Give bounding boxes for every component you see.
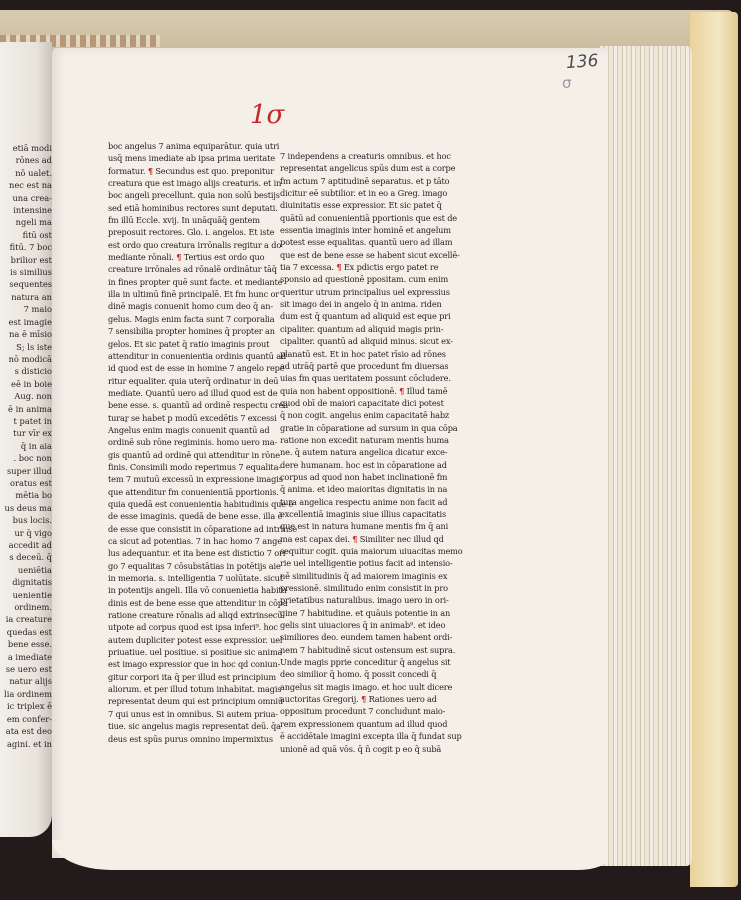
- text-line: rem expressionem quantum ad illud quod: [280, 718, 442, 730]
- left-text-fragment: ngeli ma: [0, 216, 52, 228]
- folio-pencil-mark: σ: [562, 74, 572, 92]
- text-column-right: 7 independens a creaturis omnibus. et ho…: [280, 150, 442, 755]
- pilcrow-rubric-icon: ¶: [336, 262, 341, 272]
- text-line: similiores deo. eundem tamen habent ordi…: [280, 631, 442, 643]
- left-text-fragment: s deceū. q̄: [0, 551, 52, 563]
- text-line: prietatibus naturalibus. imago uero in o…: [280, 594, 442, 606]
- text-line: gelis sint uiuaciores q̄ in animab⁹. et …: [280, 619, 442, 631]
- left-page-verso: etiā modirōnes adnō ualet.nec est nauna …: [0, 42, 52, 837]
- text-line: ad utrāq̄ partē que procedunt fm diuersa…: [280, 360, 442, 372]
- text-line: aliorum. et per illud totum inhabitat. m…: [108, 683, 268, 695]
- text-line: in fines propter quē sunt facte. et medi…: [108, 276, 268, 288]
- text-line: ca sicut ad potentias. 7 in hac homo 7 a…: [108, 535, 268, 547]
- left-text-fragment: Aug. non: [0, 390, 52, 402]
- text-line: representat deum qui est principium omni…: [108, 695, 268, 707]
- left-text-fragment: s disticio: [0, 365, 52, 377]
- text-line: gis quantū ad ordinē qui attenditur in r…: [108, 449, 268, 461]
- left-text-fragment: t patet in: [0, 415, 52, 427]
- text-line: ē accidētale imagini excepta illa q̄ fun…: [280, 730, 442, 742]
- left-text-fragment: super illud: [0, 465, 52, 477]
- text-line: nē similitudinis q̄ ad maiorem imaginis …: [280, 570, 442, 582]
- left-text-fragment: natur alijs: [0, 675, 52, 687]
- text-line: rie uel intelligentie potius facit ad in…: [280, 557, 442, 569]
- text-line: gitur corpori ita q̄ per illud est princ…: [108, 671, 268, 683]
- text-line: quia non habent oppositionē. ¶ Illud tam…: [280, 385, 442, 397]
- signature-mark: 1σ: [250, 100, 284, 130]
- text-line: tem 7 mutuū excessū in expressione imagi…: [108, 473, 268, 485]
- left-page-text-fragments: etiā modirōnes adnō ualet.nec est nauna …: [0, 142, 52, 750]
- text-line: sequitur cogit. quia maiorum uiuacitas m…: [280, 545, 442, 557]
- left-text-fragment: eē in boie: [0, 378, 52, 390]
- left-text-fragment: ueniētia: [0, 564, 52, 576]
- text-line: q̄ anima. et ideo maioritas dignitatis i…: [280, 483, 442, 495]
- text-line: bene esse. s. quantū ad ordinē respectu …: [108, 399, 268, 411]
- text-line: utpote ad corpus quod est ipsa inferi⁹. …: [108, 621, 268, 633]
- text-line: representat angelicus spūs dum est a cor…: [280, 162, 442, 174]
- left-text-fragment: us deus ma: [0, 502, 52, 514]
- text-line: quia quedā est conuenientia habitudinis …: [108, 498, 268, 510]
- text-line: auctoritas Gregorij. ¶ Rationes uero ad: [280, 693, 442, 705]
- text-line: quātū ad conuenientiā pportionis que est…: [280, 212, 442, 224]
- text-line: est imago expressior que in hoc qd coniu…: [108, 658, 268, 670]
- text-line: dicitur eē subtilior. et in eo a Greg. i…: [280, 187, 442, 199]
- text-line: ratione creature rōnalis ad aliqd extrin…: [108, 609, 268, 621]
- text-line: pressionē. similitudo enim consistit in …: [280, 582, 442, 594]
- text-line: ma est capax dei. ¶ Similiter nec illud …: [280, 533, 442, 545]
- text-line: priuatiue. uel positiue. si positiue sic…: [108, 646, 268, 658]
- text-line: id quod est de esse in homine 7 angelo r…: [108, 362, 268, 374]
- text-line: tia 7 excessa. ¶ Ex pdictis ergo patet r…: [280, 261, 442, 273]
- text-line: fm illū Eccle. xvij. In unāquāq̄ gentem: [108, 214, 268, 226]
- left-text-fragment: S; ls iste: [0, 341, 52, 353]
- left-text-fragment: ur q̄ vigo: [0, 527, 52, 539]
- text-line: illa in ultimū finē principalē. Et fm hu…: [108, 288, 268, 300]
- text-line: boc angelus 7 anima equiparātur. quia ut…: [108, 140, 268, 152]
- page-fore-edges: [600, 46, 692, 866]
- left-text-fragment: sequentes: [0, 278, 52, 290]
- text-line: q̄ non cogit. angelus enim capacitatē ha…: [280, 409, 442, 421]
- left-text-fragment: ia creature: [0, 613, 52, 625]
- text-line: formatur. ¶ Secundus est quo. preponitur: [108, 165, 268, 177]
- text-line: preposuit rectores. Glo. i. angelos. Et …: [108, 226, 268, 238]
- text-line: diuinitatis esse expressior. Et sic pate…: [280, 199, 442, 211]
- pilcrow-rubric-icon: ¶: [399, 386, 404, 396]
- text-line: deus est spūs purus omnino impermixtus: [108, 733, 268, 745]
- text-line: nem 7 habitudinē sicut ostensum est supr…: [280, 644, 442, 656]
- text-line: ritur equaliter. quia uterq̄ ordinatur i…: [108, 375, 268, 387]
- left-text-fragment: se uero est: [0, 663, 52, 675]
- pilcrow-rubric-icon: ¶: [148, 166, 153, 176]
- text-line: in memoria. s. intelligentia 7 uolūtate.…: [108, 572, 268, 584]
- text-line: deo similior q̄ homo. q̄ possit concedi …: [280, 668, 442, 680]
- text-line: sit imago dei in angelo q̄ in anima. rid…: [280, 298, 442, 310]
- left-text-fragment: etiā modi: [0, 142, 52, 154]
- left-text-fragment: agini. et in: [0, 738, 52, 750]
- left-text-fragment: em confer-: [0, 713, 52, 725]
- left-text-fragment: is similius: [0, 266, 52, 278]
- left-text-fragment: intensine: [0, 204, 52, 216]
- text-line: cipaliter. quantum ad aliquid magis prin…: [280, 323, 442, 335]
- text-line: corpus ad quod non habet inclinationē fm: [280, 471, 442, 483]
- vellum-cover-edge: [690, 12, 738, 887]
- left-text-fragment: na ē mīsio: [0, 328, 52, 340]
- text-line: quod obī de maiori capacitate dici potes…: [280, 397, 442, 409]
- text-line: go 7 equalitas 7 cōsubstātias in potētij…: [108, 560, 268, 572]
- left-text-fragment: oratus est: [0, 477, 52, 489]
- text-line: ordinē sub rōne regiminis. homo uero ma-: [108, 436, 268, 448]
- text-line: que est de bene esse se habent sicut exc…: [280, 249, 442, 261]
- left-text-fragment: natura an: [0, 291, 52, 303]
- text-line: ne. q̄ autem natura angelica dicatur exc…: [280, 446, 442, 458]
- text-line: queritur utrum principalius uel expressi…: [280, 286, 442, 298]
- pilcrow-rubric-icon: ¶: [352, 534, 357, 544]
- text-line: dinis est de bene esse que attenditur in…: [108, 597, 268, 609]
- text-line: 7 sensibilia propter homines q̄ propter …: [108, 325, 268, 337]
- text-line: sed etiā hominibus rectores sunt deputat…: [108, 202, 268, 214]
- text-line: creatura que est imago alijs creaturis. …: [108, 177, 268, 189]
- left-text-fragment: est imagie: [0, 316, 52, 328]
- text-line: potest esse equalitas. quantū uero ad il…: [280, 236, 442, 248]
- text-line: uias fm quas ueritatem possunt cōcludere…: [280, 372, 442, 384]
- text-line: planatū est. Et in hoc patet rīsio ad rō…: [280, 348, 442, 360]
- left-text-fragment: accedit ad: [0, 539, 52, 551]
- left-text-fragment: ata est deo: [0, 725, 52, 737]
- text-line: tura angelica respectu anime non facit a…: [280, 496, 442, 508]
- text-line: gine 7 habitudine. et quāuis potentie in…: [280, 607, 442, 619]
- text-line: 7 qui unus est in omnibus. Si autem priu…: [108, 708, 268, 720]
- left-text-fragment: ē in anima: [0, 403, 52, 415]
- text-line: 7 independens a creaturis omnibus. et ho…: [280, 150, 442, 162]
- text-line: autem dupliciter potest esse expressior.…: [108, 634, 268, 646]
- text-line: lus adequantur. et ita bene est disticti…: [108, 547, 268, 559]
- text-line: dinē magis conuenit homo cum deo q̄ an-: [108, 300, 268, 312]
- text-line: est ordo quo creatura irrōnalis regitur …: [108, 239, 268, 251]
- left-text-fragment: nō ualet.: [0, 167, 52, 179]
- text-line: cipaliter. quantū ad aliquid minus. sicu…: [280, 335, 442, 347]
- text-line: sponsio ad questionē ppositam. cum enim: [280, 273, 442, 285]
- left-text-fragment: rōnes ad: [0, 154, 52, 166]
- text-line: ratione non excedit naturam mentis huma: [280, 434, 442, 446]
- text-line: essentia imaginis inter hominē et angelu…: [280, 224, 442, 236]
- text-line: de esse imaginis. quedā de bene esse. il…: [108, 510, 268, 522]
- left-text-fragment: . boc non: [0, 452, 52, 464]
- text-line: boc angeli precellunt. quia non solū bes…: [108, 189, 268, 201]
- text-line: attenditur in conuenientia ordinis quant…: [108, 350, 268, 362]
- text-line: creature irrōnales ad rōnalē ordinātur t…: [108, 263, 268, 275]
- text-line: angelus sit magis imago. et hoc uult dic…: [280, 681, 442, 693]
- left-text-fragment: lia ordinem: [0, 688, 52, 700]
- text-line: finis. Consimili modo reperimus 7 equali…: [108, 461, 268, 473]
- text-line: gratie in cōparatione ad sursum in qua c…: [280, 422, 442, 434]
- text-line: gelos. Et sic patet q̄ ratio imaginis pr…: [108, 338, 268, 350]
- text-line: turaṟ se habet p modū excedētis 7 excess…: [108, 412, 268, 424]
- left-text-fragment: quedas est: [0, 626, 52, 638]
- text-line: mediante rōnali. ¶ Tertius est ordo quo: [108, 251, 268, 263]
- left-text-fragment: bus locis.: [0, 514, 52, 526]
- text-line: usq̄ mens imediate ab ipsa prima ueritat…: [108, 152, 268, 164]
- folio-number: 136: [565, 51, 599, 73]
- left-text-fragment: brilior est: [0, 254, 52, 266]
- left-text-fragment: bene esse.: [0, 638, 52, 650]
- text-line: Unde magis pprie conceditur q̄ angelus s…: [280, 656, 442, 668]
- left-text-fragment: mētia bo: [0, 489, 52, 501]
- left-text-fragment: uenientie: [0, 589, 52, 601]
- text-line: tiue. sic angelus magis representat deū.…: [108, 720, 268, 732]
- left-text-fragment: tur vīr ex: [0, 427, 52, 439]
- left-text-fragment: nō modicā: [0, 353, 52, 365]
- page-bottom-edge: [52, 840, 608, 870]
- text-line: que attenditur fm conuenientiā pportioni…: [108, 486, 268, 498]
- text-line: dum est q̄ quantum ad aliquid est eque p…: [280, 310, 442, 322]
- text-line: de esse que consistit in cōparatione ad …: [108, 523, 268, 535]
- left-text-fragment: fitū ost: [0, 229, 52, 241]
- left-text-fragment: q̄ in aia: [0, 440, 52, 452]
- text-line: Angelus enim magis conuenit quantū ad: [108, 424, 268, 436]
- text-line: oppositum procedunt 7 concludunt maio-: [280, 705, 442, 717]
- left-text-fragment: nec est na: [0, 179, 52, 191]
- text-line: excellentiā imaginis siue illius capacit…: [280, 508, 442, 520]
- text-line: gelus. Magis enim facta sunt 7 corporali…: [108, 313, 268, 325]
- text-line: unionē ad quā vōs. q̄ n̄ cogit p eo q̄ s…: [280, 743, 442, 755]
- text-line: mediate. Quantū uero ad illud quod est d…: [108, 387, 268, 399]
- left-text-fragment: a imediate: [0, 651, 52, 663]
- left-text-fragment: dignitatis: [0, 576, 52, 588]
- text-line: dere humanam. hoc est in cōparatione ad: [280, 459, 442, 471]
- left-text-fragment: ordinem.: [0, 601, 52, 613]
- left-text-fragment: fitū. 7 boc: [0, 241, 52, 253]
- left-text-fragment: 7 maio: [0, 303, 52, 315]
- pilcrow-rubric-icon: ¶: [361, 694, 366, 704]
- text-line: que est in natura humane mentis fm q̄ an…: [280, 520, 442, 532]
- text-line: in potentijs angeli. Illa vō conuenietia…: [108, 584, 268, 596]
- text-column-left: boc angelus 7 anima equiparātur. quia ut…: [108, 140, 268, 745]
- left-text-fragment: ic triplex ē: [0, 700, 52, 712]
- pilcrow-rubric-icon: ¶: [176, 252, 181, 262]
- left-text-fragment: una crea-: [0, 192, 52, 204]
- text-line: fm actum 7 aptitudinē separatus. et p tā…: [280, 175, 442, 187]
